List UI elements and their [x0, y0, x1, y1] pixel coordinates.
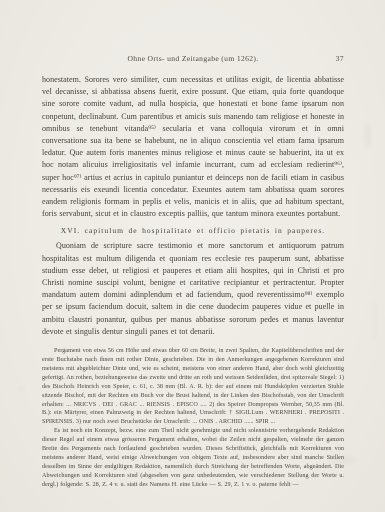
running-title: Ohne Orts- und Zeitangabe (um 1262).	[127, 54, 258, 63]
page-header: Ohne Orts- und Zeitangabe (um 1262). 37	[42, 54, 344, 63]
editorial-apparatus: Pergament von etwa 56 cm Höhe und etwas …	[42, 347, 344, 490]
scan-artifact	[364, 122, 371, 148]
latin-paragraph-chapter16: Quoniam de scripture sacre testimonio et…	[42, 240, 344, 338]
chapter-heading: XVI. capitulum de hospitalitate et offic…	[42, 226, 344, 235]
page-number: 37	[336, 54, 344, 63]
scan-artifact	[372, 300, 377, 340]
latin-paragraph-continuation: honestatem. Sorores vero similiter, cum …	[42, 74, 344, 220]
scan-artifact	[18, 386, 24, 392]
book-page: Ohne Orts- und Zeitangabe (um 1262). 37 …	[0, 0, 385, 512]
apparatus-paragraph-description: Pergament von etwa 56 cm Höhe und etwas …	[42, 347, 344, 427]
apparatus-paragraph-draft: Es ist noch ein Konzept, bezw. eine zum …	[42, 427, 344, 489]
